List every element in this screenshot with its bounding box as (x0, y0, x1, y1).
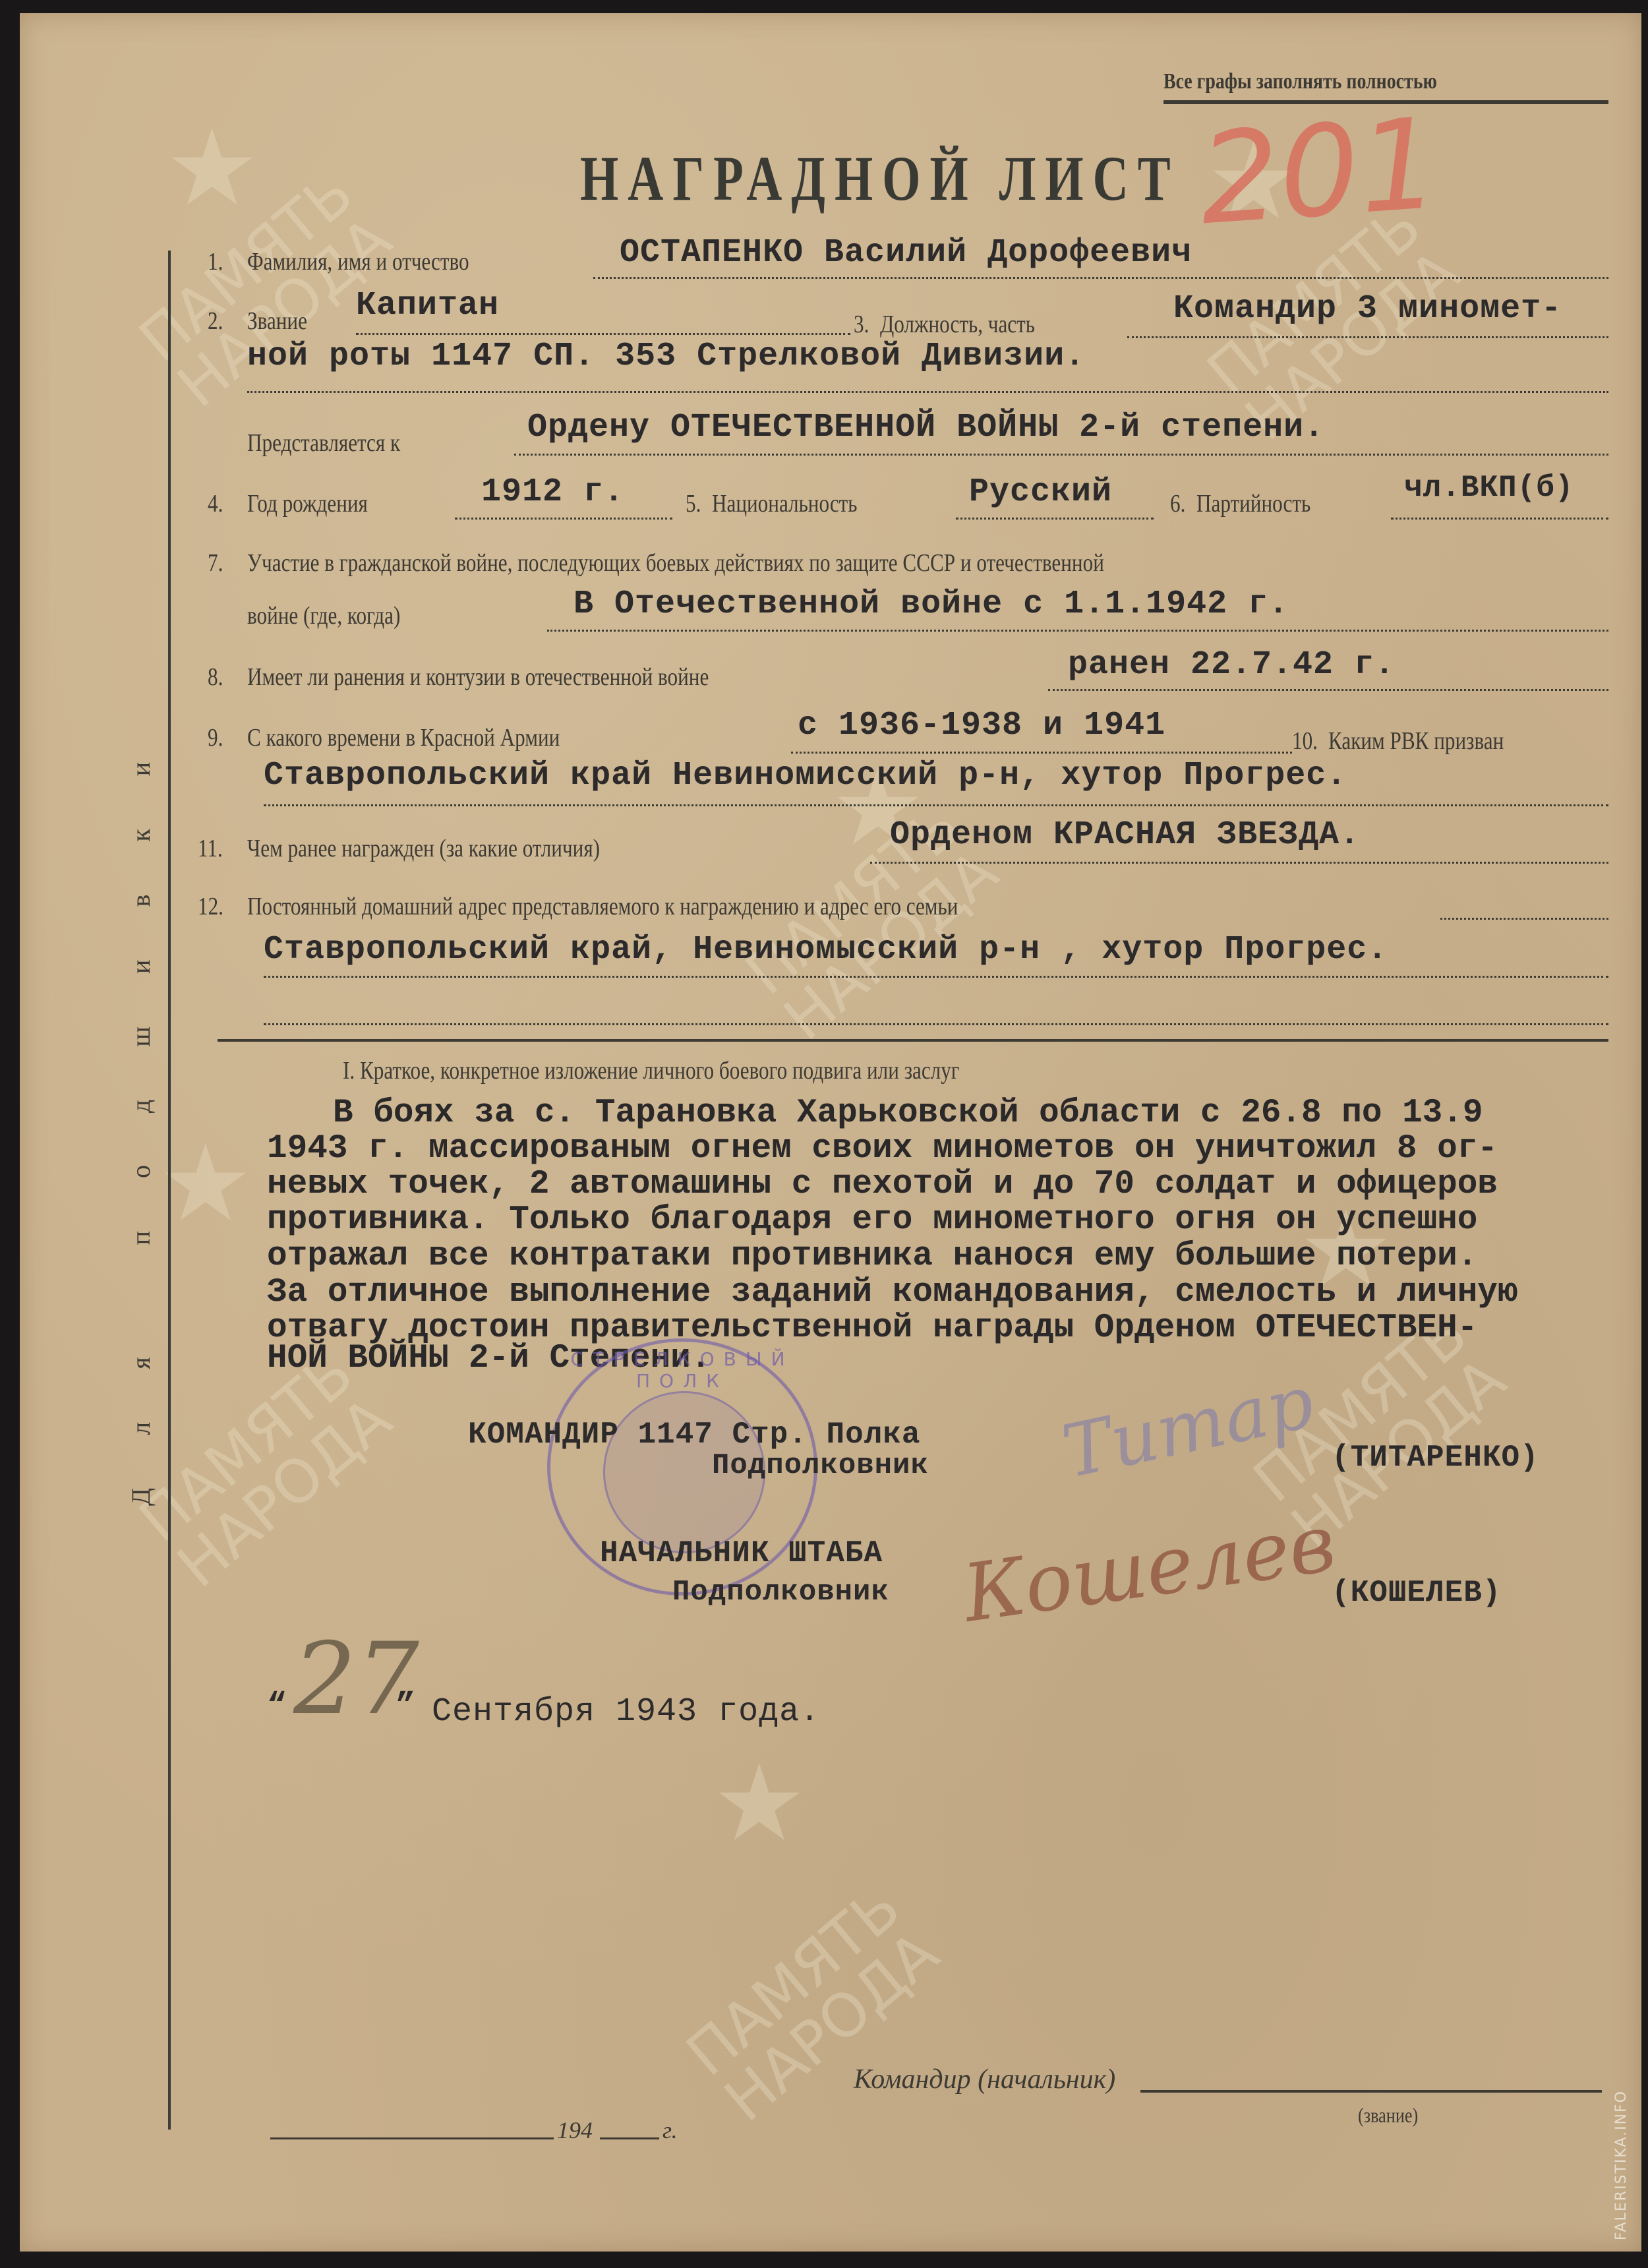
field-7-label: Участие в гражданской войне, последующих… (247, 549, 1104, 578)
stamp-text: СТРЕЛКОВЫЙ ПОЛК (550, 1348, 814, 1392)
field-12-label: Постоянный домашний адрес представляемог… (247, 892, 958, 921)
field-11-number: 11. (198, 834, 223, 863)
narrative-line: невых точек, 2 автомашины с пехотой и до… (267, 1166, 1498, 1203)
field-6-number: 6. (1170, 489, 1185, 518)
binding-margin-rule (168, 251, 171, 2130)
star-watermark-icon: ★ (712, 1754, 811, 1853)
field-4-label: Год рождения (247, 489, 368, 518)
footer-rank-label: (звание) (1358, 2103, 1418, 2128)
instruction-text: Все графы заполнять полностью (1163, 69, 1437, 94)
field-7-label-continued: войне (где, когда) (247, 601, 400, 630)
field-3-number: 3. (854, 310, 869, 339)
commander-name: (ТИТАРЕНКО) (1332, 1441, 1539, 1475)
field-11-value: Орденом КРАСНАЯ ЗВЕЗДА. (890, 816, 1360, 854)
footer-commander-label: Командир (начальник) (854, 2064, 1115, 2095)
watermark: ПАМЯТЬНАРОДА (130, 1343, 401, 1597)
field-12-number: 12. (198, 892, 223, 921)
award-sheet-page: ★ ПАМЯТЬНАРОДА ★ ПАМЯТЬНАРОДА ★ ПАМЯТЬНА… (20, 13, 1641, 2252)
field-4-value: 1912 г. (481, 473, 624, 511)
site-watermark: FALERISTIKA.INFO (1613, 2090, 1630, 2240)
field-7-value: В Отечественной войне с 1.1.1942 г. (574, 585, 1289, 623)
section-divider (218, 1039, 1608, 1042)
narrative-line: 1943 г. массированым огнем своих миномет… (267, 1130, 1498, 1168)
page-title: НАГРАДНОЙ ЛИСТ (580, 142, 1180, 215)
field-6-value: чл.ВКП(б) (1404, 471, 1574, 505)
narrative-line: В боях за с. Тарановка Харьковской облас… (333, 1094, 1483, 1132)
field-8-label: Имеет ли ранения и контузии в отечествен… (247, 663, 709, 692)
field-5-underline (956, 518, 1154, 520)
field-2-label: Звание (247, 307, 307, 336)
field-8-underline (1048, 689, 1608, 691)
field-9-value: с 1936-1938 и 1941 (798, 707, 1165, 744)
narrative-line: отражал все контратаки противника нанося… (267, 1238, 1477, 1275)
field-4-underline (455, 518, 672, 520)
chief-of-staff-name: (КОШЕЛЕВ) (1332, 1576, 1501, 1610)
field-3-value: Командир 3 миномет- (1173, 290, 1562, 328)
field-9-label: С какого времени в Красной Армии (247, 723, 560, 752)
commander-rank: Подполковник (712, 1449, 929, 1482)
field-7-number: 7. (208, 549, 223, 578)
field-10-underline (264, 804, 1608, 806)
field-2-number: 2. (208, 307, 223, 336)
field-1-label: Фамилия, имя и отчество (247, 247, 469, 276)
field-3-value-continued: ной роты 1147 СП. 353 Стрелковой Дивизии… (247, 338, 1085, 375)
nomination-underline (514, 454, 1608, 456)
field-3-underline-2 (247, 391, 1608, 393)
field-12-underline-2 (264, 976, 1608, 978)
field-9-number: 9. (208, 723, 223, 752)
footer-date-line (270, 2137, 554, 2139)
star-watermark-icon: ★ (165, 119, 264, 218)
footer-year-line (600, 2137, 659, 2139)
field-10-value: Ставропольский край Невиномисский р-н, х… (264, 757, 1347, 794)
narrative-line: противника. Только благодаря его миномет… (267, 1201, 1477, 1239)
field-10-number: 10. (1292, 727, 1318, 756)
handwritten-sheet-number: 201 (1195, 91, 1444, 253)
chief-of-staff-signature: Кошелев (958, 1497, 1341, 1640)
field-1-number: 1. (208, 247, 223, 276)
field-7-underline (547, 630, 1608, 632)
field-12-underline (1440, 918, 1608, 920)
field-5-number: 5. (686, 489, 701, 518)
section-1-heading: I. Краткое, конкретное изложение личного… (343, 1056, 960, 1085)
date-open-quote: “ (267, 1688, 287, 1725)
star-watermark-icon: ★ (158, 1134, 257, 1233)
field-11-label: Чем ранее награжден (за какие отличия) (247, 834, 600, 863)
commander-title: КОМАНДИР 1147 Стр. Полка (468, 1417, 921, 1452)
nomination-value: Ордену ОТЕЧЕСТВЕННОЙ ВОЙНЫ 2-й степени. (527, 409, 1324, 446)
field-6-underline (1391, 518, 1608, 520)
field-10-label: Каким РВК призван (1328, 727, 1504, 756)
field-6-label: Партийность (1196, 489, 1310, 518)
field-12-value: Ставропольский край, Невиномысский р-н ,… (264, 931, 1388, 969)
field-3-label: Должность, часть (880, 310, 1035, 339)
chief-of-staff-rank: Подполковник (672, 1576, 889, 1609)
field-8-value: ранен 22.7.42 г. (1068, 646, 1395, 684)
field-5-value: Русский (969, 473, 1112, 511)
field-4-number: 4. (208, 489, 223, 518)
narrative-line: За отличное выполнение заданий командова… (267, 1274, 1518, 1311)
field-5-label: Национальность (712, 489, 858, 518)
footer-commander-line (1140, 2090, 1602, 2093)
field-8-number: 8. (208, 663, 223, 692)
field-11-underline (870, 862, 1608, 864)
binding-margin-label: Для подшивки (125, 580, 165, 1635)
nomination-label: Представляется к (247, 429, 400, 458)
field-1-value: ОСТАПЕНКО Василий Дорофеевич (620, 234, 1192, 272)
field-9-underline (791, 752, 1292, 754)
field-12-underline-3 (264, 1023, 1608, 1025)
field-2-value: Капитан (356, 287, 499, 324)
footer-year-prefix: 194 (557, 2116, 593, 2144)
footer-year-suffix: г. (662, 2116, 678, 2144)
date-close-quote: ” (396, 1688, 416, 1725)
date-text: Сентября 1943 года. (432, 1693, 820, 1731)
field-3-underline (1127, 336, 1608, 338)
chief-of-staff-title: НАЧАЛЬНИК ШТАБА (600, 1536, 883, 1570)
field-2-underline (356, 333, 850, 335)
field-1-underline (593, 277, 1608, 279)
